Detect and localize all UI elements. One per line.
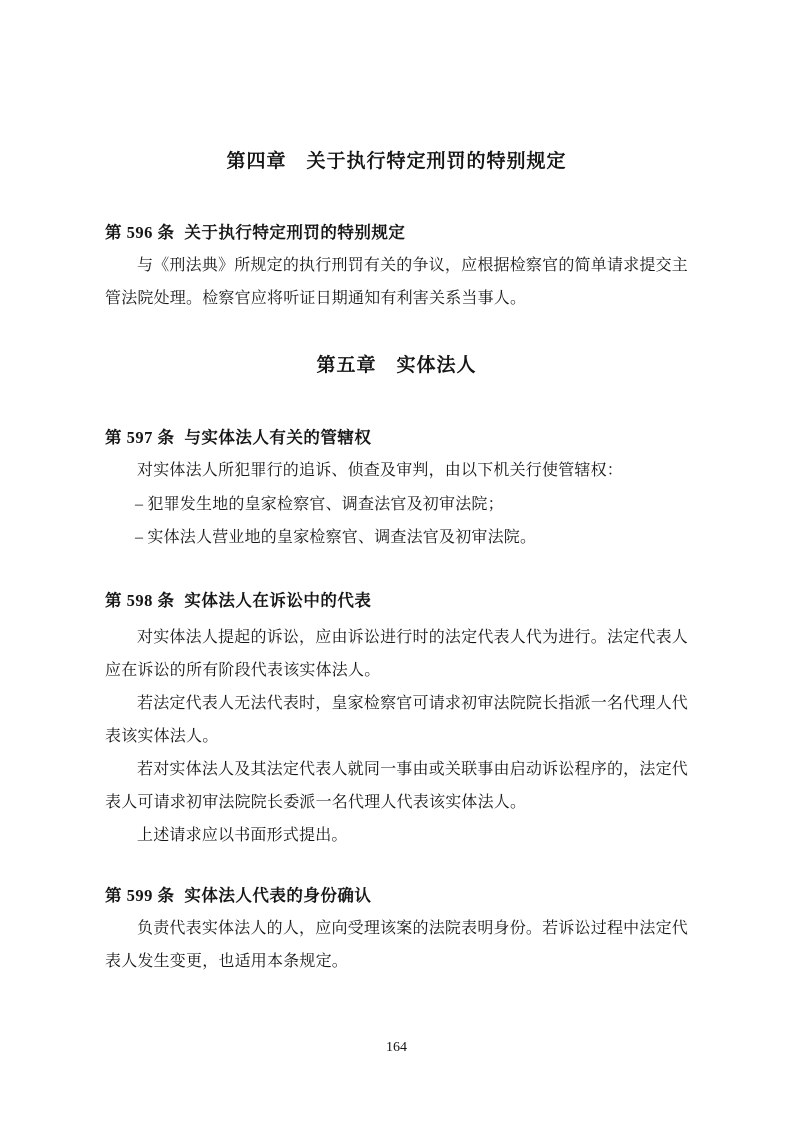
chapter-5-heading: 第五章 实体法人	[0, 352, 793, 378]
article-597-title: 与实体法人有关的管辖权	[184, 428, 371, 447]
article-598-title: 实体法人在诉讼中的代表	[184, 591, 371, 610]
article-596-heading: 第 596 条关于执行特定刑罚的特别规定	[105, 221, 688, 244]
article-599-heading: 第 599 条实体法人代表的身份确认	[105, 884, 688, 907]
list-item: – 实体法人营业地的皇家检察官、调查法官及初审法院。	[105, 521, 688, 554]
article-597-list: – 犯罪发生地的皇家检察官、调查法官及初审法院； – 实体法人营业地的皇家检察官…	[105, 488, 688, 554]
article-598-paragraph: 若法定代表人无法代表时，皇家检察官可请求初审法院院长指派一名代理人代表该实体法人…	[105, 687, 688, 753]
article-596-number: 第 596 条	[105, 223, 175, 242]
article-597-paragraph: 对实体法人所犯罪行的追诉、侦查及审判，由以下机关行使管辖权：	[105, 454, 688, 487]
chapter-4-heading: 第四章 关于执行特定刑罚的特别规定	[0, 148, 793, 174]
article-597-heading: 第 597 条与实体法人有关的管辖权	[105, 426, 688, 449]
article-597-intro: 对实体法人所犯罪行的追诉、侦查及审判，由以下机关行使管辖权：	[105, 454, 688, 487]
article-598-paragraph: 若对实体法人及其法定代表人就同一事由或关联事由启动诉讼程序的，法定代表人可请求初…	[105, 753, 688, 819]
article-597-number: 第 597 条	[105, 428, 175, 447]
article-599-title: 实体法人代表的身份确认	[184, 886, 371, 905]
article-599-body: 负责代表实体法人的人，应向受理该案的法院表明身份。若诉讼过程中法定代表人发生变更…	[105, 912, 688, 978]
article-596-paragraph: 与《刑法典》所规定的执行刑罚有关的争议，应根据检察官的简单请求提交主管法院处理。…	[105, 249, 688, 315]
article-598-paragraph: 对实体法人提起的诉讼，应由诉讼进行时的法定代表人代为进行。法定代表人应在诉讼的所…	[105, 621, 688, 687]
article-596-title: 关于执行特定刑罚的特别规定	[184, 223, 405, 242]
article-598-number: 第 598 条	[105, 591, 175, 610]
article-598-body: 对实体法人提起的诉讼，应由诉讼进行时的法定代表人代为进行。法定代表人应在诉讼的所…	[105, 621, 688, 852]
page-number: 164	[0, 1038, 793, 1058]
article-599-paragraph: 负责代表实体法人的人，应向受理该案的法院表明身份。若诉讼过程中法定代表人发生变更…	[105, 912, 688, 978]
article-598-heading: 第 598 条实体法人在诉讼中的代表	[105, 589, 688, 612]
article-599-number: 第 599 条	[105, 886, 175, 905]
article-598-paragraph: 上述请求应以书面形式提出。	[105, 819, 688, 852]
list-item: – 犯罪发生地的皇家检察官、调查法官及初审法院；	[105, 488, 688, 521]
document-page: 第四章 关于执行特定刑罚的特别规定 第 596 条关于执行特定刑罚的特别规定 与…	[0, 0, 793, 1122]
article-596-body: 与《刑法典》所规定的执行刑罚有关的争议，应根据检察官的简单请求提交主管法院处理。…	[105, 249, 688, 315]
